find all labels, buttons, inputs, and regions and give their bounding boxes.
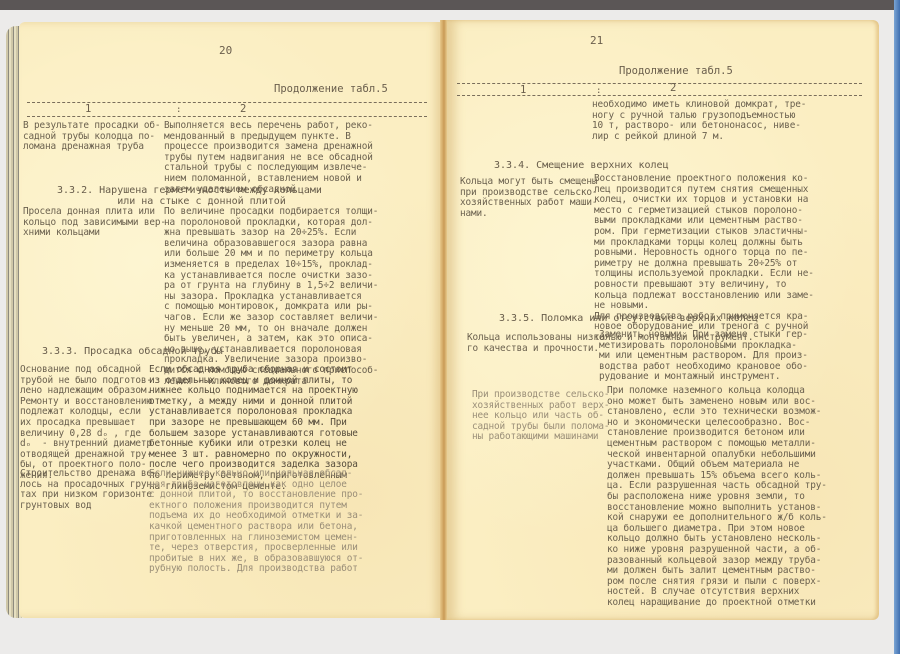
section-3-3-2-cause: Просела донная плита или кольцо под зави… [23,207,166,239]
section-3-3-2-action: По величине просадки подбирается толщи- … [164,207,378,387]
table-rule-top [457,83,862,84]
section-3-3-4-title: 3.3.4. Смещение верхних колец [494,160,669,171]
table-rule-bottom [457,95,862,96]
page-number: 20 [219,44,232,57]
page-number: 21 [590,34,603,47]
table-continuation-label: Продолжение табл.5 [619,65,733,77]
section-3-3-5-title: 3.3.5. Поломка или отсутствие верхних ко… [499,313,758,324]
section-3-3-3-cause-1: Основание под обсадной трубой не было по… [20,365,152,482]
section-3-3-3-action-2: Если нижнее кольцо или цельная обсад- на… [149,469,363,575]
section-3-3-2-title: 3.3.2. Нарушена герметичность между коль… [57,185,322,207]
left-page: 20 Продолжение табл.5 1 : 2 В результате… [19,22,441,618]
right-page: 21 Продолжение табл.5 1 : 2 необходимо и… [447,20,879,620]
table-rule-bottom [27,116,427,117]
section-3-3-5-cause-1: Кольца использованы низко- го качества и… [467,333,610,354]
section-3-3-5-cause-2: При производстве сельско- хозяйственных … [472,390,609,443]
row-cause: В результате просадки об- садной трубы к… [23,121,160,153]
scanner-lid-shadow [0,0,900,10]
column-1-header: 1 [520,84,526,96]
column-2-header: 2 [240,103,246,115]
column-divider: : [596,86,601,96]
section-3-3-3-cause-2: Строительство дренажа ве- лось на просад… [20,469,157,511]
carryover-text: необходимо иметь клиновой домкрат, тре- … [592,100,806,142]
column-1-header: 1 [85,103,91,115]
section-3-3-3-title: 3.3.3. Просадка обсадной трубы [42,346,223,357]
column-divider: : [176,105,181,115]
table-continuation-label: Продолжение табл.5 [274,83,388,95]
section-3-3-5-action-2: При поломке наземного кольца колодца оно… [607,386,827,608]
scanner-edge [894,0,900,654]
section-3-3-4-cause: Кольца могут быть смещены при производст… [460,177,597,219]
column-2-header: 2 [670,82,676,94]
section-3-3-5-action-1: Заменить новыми. При замене стыки гер- м… [599,330,808,383]
